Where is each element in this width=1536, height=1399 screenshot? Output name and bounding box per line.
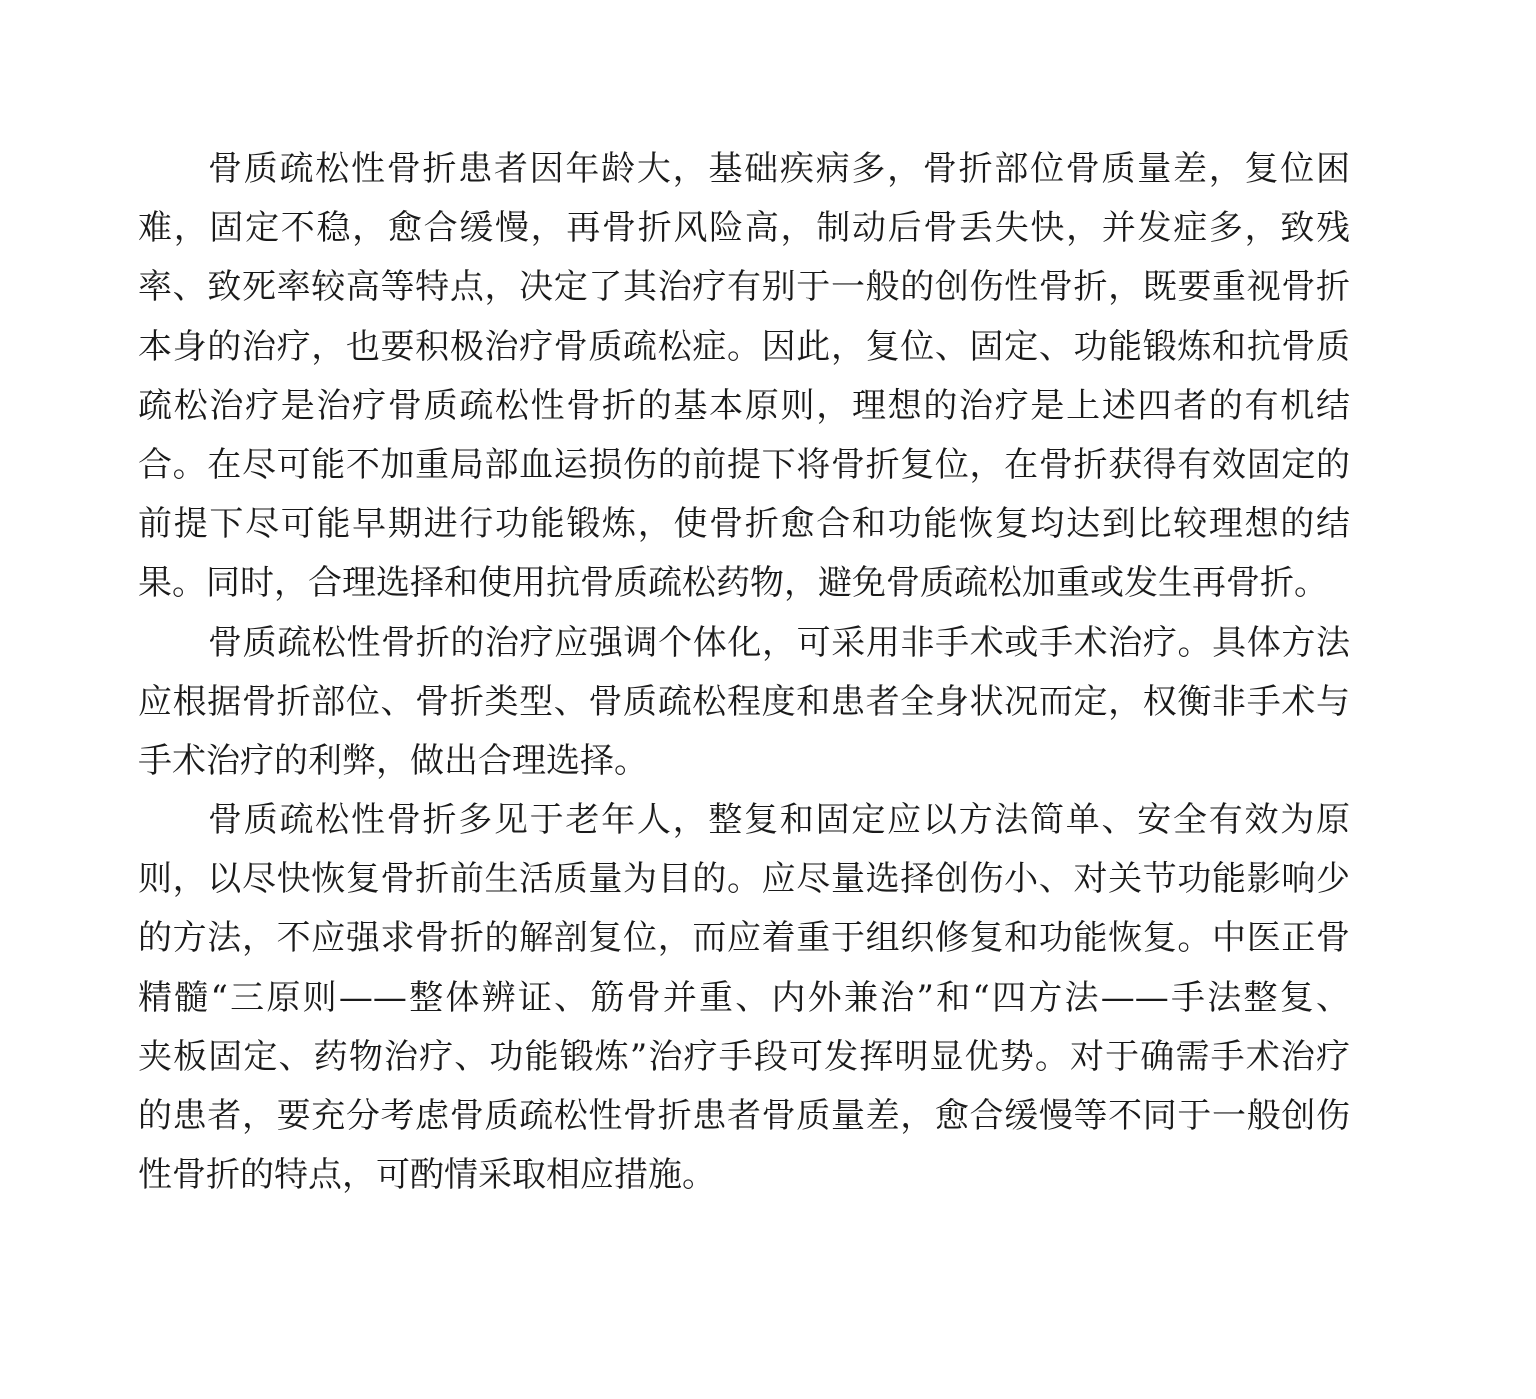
text-line: 骨质疏松性骨折患者因年龄大，基础疾病多，骨折部位骨质量差，复位困 (138, 140, 1350, 199)
text-line: 精髓“三原则——整体辨证、筋骨并重、内外兼治”和“四方法——手法整复、 (138, 969, 1350, 1028)
text-line: 合。在尽可能不加重局部血运损伤的前提下将骨折复位，在骨折获得有效固定的 (138, 436, 1350, 495)
text-line: 疏松治疗是治疗骨质疏松性骨折的基本原则，理想的治疗是上述四者的有机结 (138, 377, 1350, 436)
text-line: 本身的治疗，也要积极治疗骨质疏松症。因此，复位、固定、功能锻炼和抗骨质 (138, 318, 1350, 377)
document-page: 骨质疏松性骨折患者因年龄大，基础疾病多，骨折部位骨质量差，复位困 难，固定不稳，… (138, 140, 1350, 1205)
paragraph-reduction-fixation: 骨质疏松性骨折多见于老年人，整复和固定应以方法简单、安全有效为原 则，以尽快恢复… (138, 791, 1350, 1205)
text-line: 的患者，要充分考虑骨质疏松性骨折患者骨质量差，愈合缓慢等不同于一般创伤 (138, 1087, 1350, 1146)
text-line: 骨质疏松性骨折的治疗应强调个体化，可采用非手术或手术治疗。具体方法 (138, 614, 1350, 673)
paragraph-individualized-treatment: 骨质疏松性骨折的治疗应强调个体化，可采用非手术或手术治疗。具体方法 应根据骨折部… (138, 614, 1350, 792)
text-line: 前提下尽可能早期进行功能锻炼，使骨折愈合和功能恢复均达到比较理想的结 (138, 495, 1350, 554)
text-line: 骨质疏松性骨折多见于老年人，整复和固定应以方法简单、安全有效为原 (138, 791, 1350, 850)
text-line: 性骨折的特点，可酌情采取相应措施。 (138, 1146, 1350, 1205)
text-line: 手术治疗的利弊，做出合理选择。 (138, 732, 1350, 791)
paragraph-treatment-principles: 骨质疏松性骨折患者因年龄大，基础疾病多，骨折部位骨质量差，复位困 难，固定不稳，… (138, 140, 1350, 614)
text-line: 则，以尽快恢复骨折前生活质量为目的。应尽量选择创伤小、对关节功能影响少 (138, 850, 1350, 909)
text-line: 应根据骨折部位、骨折类型、骨质疏松程度和患者全身状况而定，权衡非手术与 (138, 673, 1350, 732)
text-line: 难，固定不稳，愈合缓慢，再骨折风险高，制动后骨丢失快，并发症多，致残 (138, 199, 1350, 258)
text-line: 的方法，不应强求骨折的解剖复位，而应着重于组织修复和功能恢复。中医正骨 (138, 909, 1350, 968)
text-line: 果。同时，合理选择和使用抗骨质疏松药物，避免骨质疏松加重或发生再骨折。 (138, 554, 1350, 613)
text-line: 夹板固定、药物治疗、功能锻炼”治疗手段可发挥明显优势。对于确需手术治疗 (138, 1028, 1350, 1087)
text-line: 率、致死率较高等特点，决定了其治疗有别于一般的创伤性骨折，既要重视骨折 (138, 258, 1350, 317)
